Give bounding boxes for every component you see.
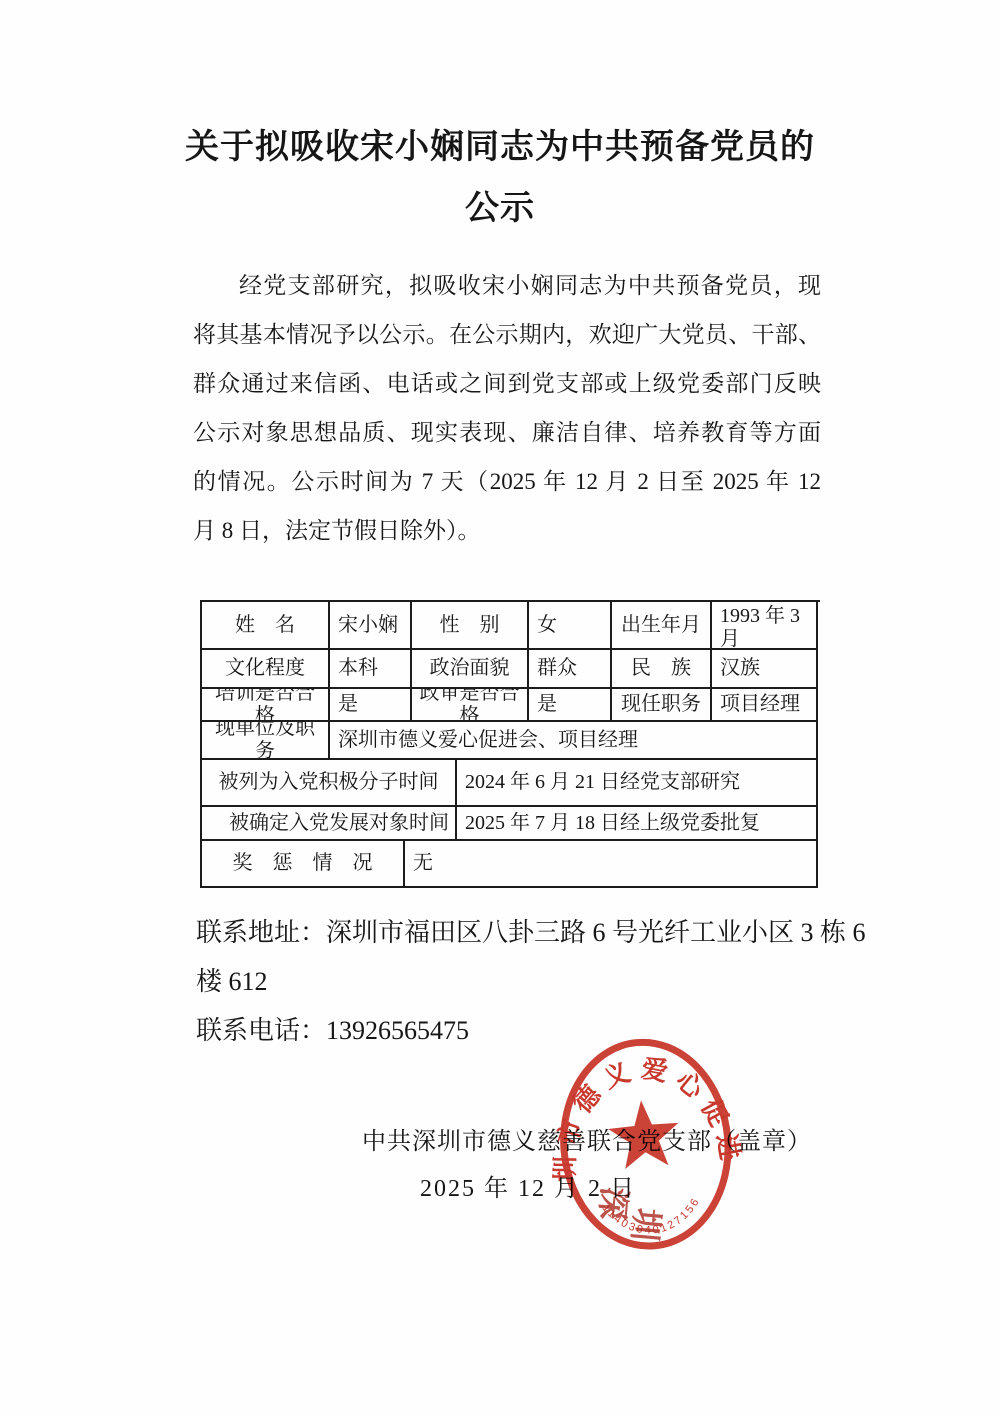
cell-political-value: 群众 — [529, 650, 612, 689]
cell-position-value: 项目经理 — [712, 689, 818, 722]
table-row: 姓 名 宋小娴 性 别 女 出生年月 1993 年 3 月 — [202, 602, 820, 650]
cell-training-value: 是 — [330, 689, 412, 722]
document-title-line1: 关于拟吸收宋小娴同志为中共预备党员的 — [0, 117, 1000, 178]
body-line: 经党支部研究，拟吸收宋小娴同志为中共预备党员，现 — [193, 261, 821, 310]
cell-ethnicity-label: 民 族 — [612, 650, 712, 689]
document-title: 关于拟吸收宋小娴同志为中共预备党员的 公示 — [0, 117, 1000, 239]
cell-gender-label: 性 别 — [412, 602, 529, 650]
cell-name-label: 姓 名 — [202, 602, 330, 650]
cell-unit-label: 现单位及职务 — [202, 722, 330, 760]
cell-activist-value: 2024 年 6 月 21 日经党支部研究 — [457, 760, 818, 807]
body-line: 公示对象思想品质、现实表现、廉洁自律、培养教育等方面 — [193, 408, 821, 457]
document-title-line2: 公示 — [0, 178, 1000, 239]
cell-reward-label: 奖 惩 情 况 — [202, 841, 405, 888]
contact-address-line2: 楼 612 — [196, 957, 822, 1006]
cell-birth-value: 1993 年 3 月 — [712, 602, 818, 650]
member-info-table: 姓 名 宋小娴 性 别 女 出生年月 1993 年 3 月 文化程度 本科 政治… — [200, 600, 820, 888]
cell-reward-value: 无 — [405, 841, 818, 888]
cell-unit-value: 深圳市德义爱心促进会、项目经理 — [330, 722, 818, 760]
cell-education-value: 本科 — [330, 650, 412, 689]
body-paragraph: 经党支部研究，拟吸收宋小娴同志为中共预备党员，现 将其基本情况予以公示。在公示期… — [193, 261, 821, 555]
contact-address-line1: 联系地址：深圳市福田区八卦三路 6 号光纤工业小区 3 栋 6 — [196, 908, 822, 957]
cell-ethnicity-value: 汉族 — [712, 650, 818, 689]
table-row: 被列为入党积极分子时间 2024 年 6 月 21 日经党支部研究 — [202, 760, 820, 807]
table-row: 培训是否合格 是 政审是否合格 是 现任职务 项目经理 — [202, 689, 820, 722]
body-line: 群众通过来信函、电话或之间到党支部或上级党委部门反映 — [193, 359, 821, 408]
cell-training-label: 培训是否合格 — [202, 689, 330, 722]
signature-date: 2025 年 12 月 2 日 — [420, 1168, 636, 1203]
signature-org: 中共深圳市德义慈善联合党支部（盖章） — [362, 1121, 812, 1156]
table-row: 被确定入党发展对象时间 2025 年 7 月 18 日经上级党委批复 — [202, 807, 820, 841]
table-row: 文化程度 本科 政治面貌 群众 民 族 汉族 — [202, 650, 820, 689]
table-row: 奖 惩 情 况 无 — [202, 841, 820, 888]
body-line: 将其基本情况予以公示。在公示期内，欢迎广大党员、干部、 — [193, 310, 821, 359]
cell-position-label: 现任职务 — [612, 689, 712, 722]
cell-gender-value: 女 — [529, 602, 612, 650]
cell-activist-label: 被列为入党积极分子时间 — [202, 760, 457, 807]
cell-review-value: 是 — [529, 689, 612, 722]
table-row: 现单位及职务 深圳市德义爱心促进会、项目经理 — [202, 722, 820, 760]
cell-review-label: 政审是否合格 — [412, 689, 529, 722]
cell-political-label: 政治面貌 — [412, 650, 529, 689]
contact-phone: 联系电话：13926565475 — [196, 1006, 822, 1055]
cell-birth-text: 1993 年 3 月 — [720, 605, 810, 650]
cell-development-value: 2025 年 7 月 18 日经上级党委批复 — [457, 807, 818, 841]
contact-block: 联系地址：深圳市福田区八卦三路 6 号光纤工业小区 3 栋 6 楼 612 联系… — [196, 908, 822, 1055]
cell-education-label: 文化程度 — [202, 650, 330, 689]
body-line: 月 8 日，法定节假日除外）。 — [193, 506, 821, 555]
cell-name-value: 宋小娴 — [330, 602, 412, 650]
cell-development-label: 被确定入党发展对象时间 — [202, 807, 457, 841]
body-line: 的情况。公示时间为 7 天（2025 年 12 月 2 日至 2025 年 12 — [193, 457, 821, 506]
public-notice-document: 关于拟吸收宋小娴同志为中共预备党员的 公示 经党支部研究，拟吸收宋小娴同志为中共… — [0, 0, 1000, 1415]
cell-birth-label: 出生年月 — [612, 602, 712, 650]
